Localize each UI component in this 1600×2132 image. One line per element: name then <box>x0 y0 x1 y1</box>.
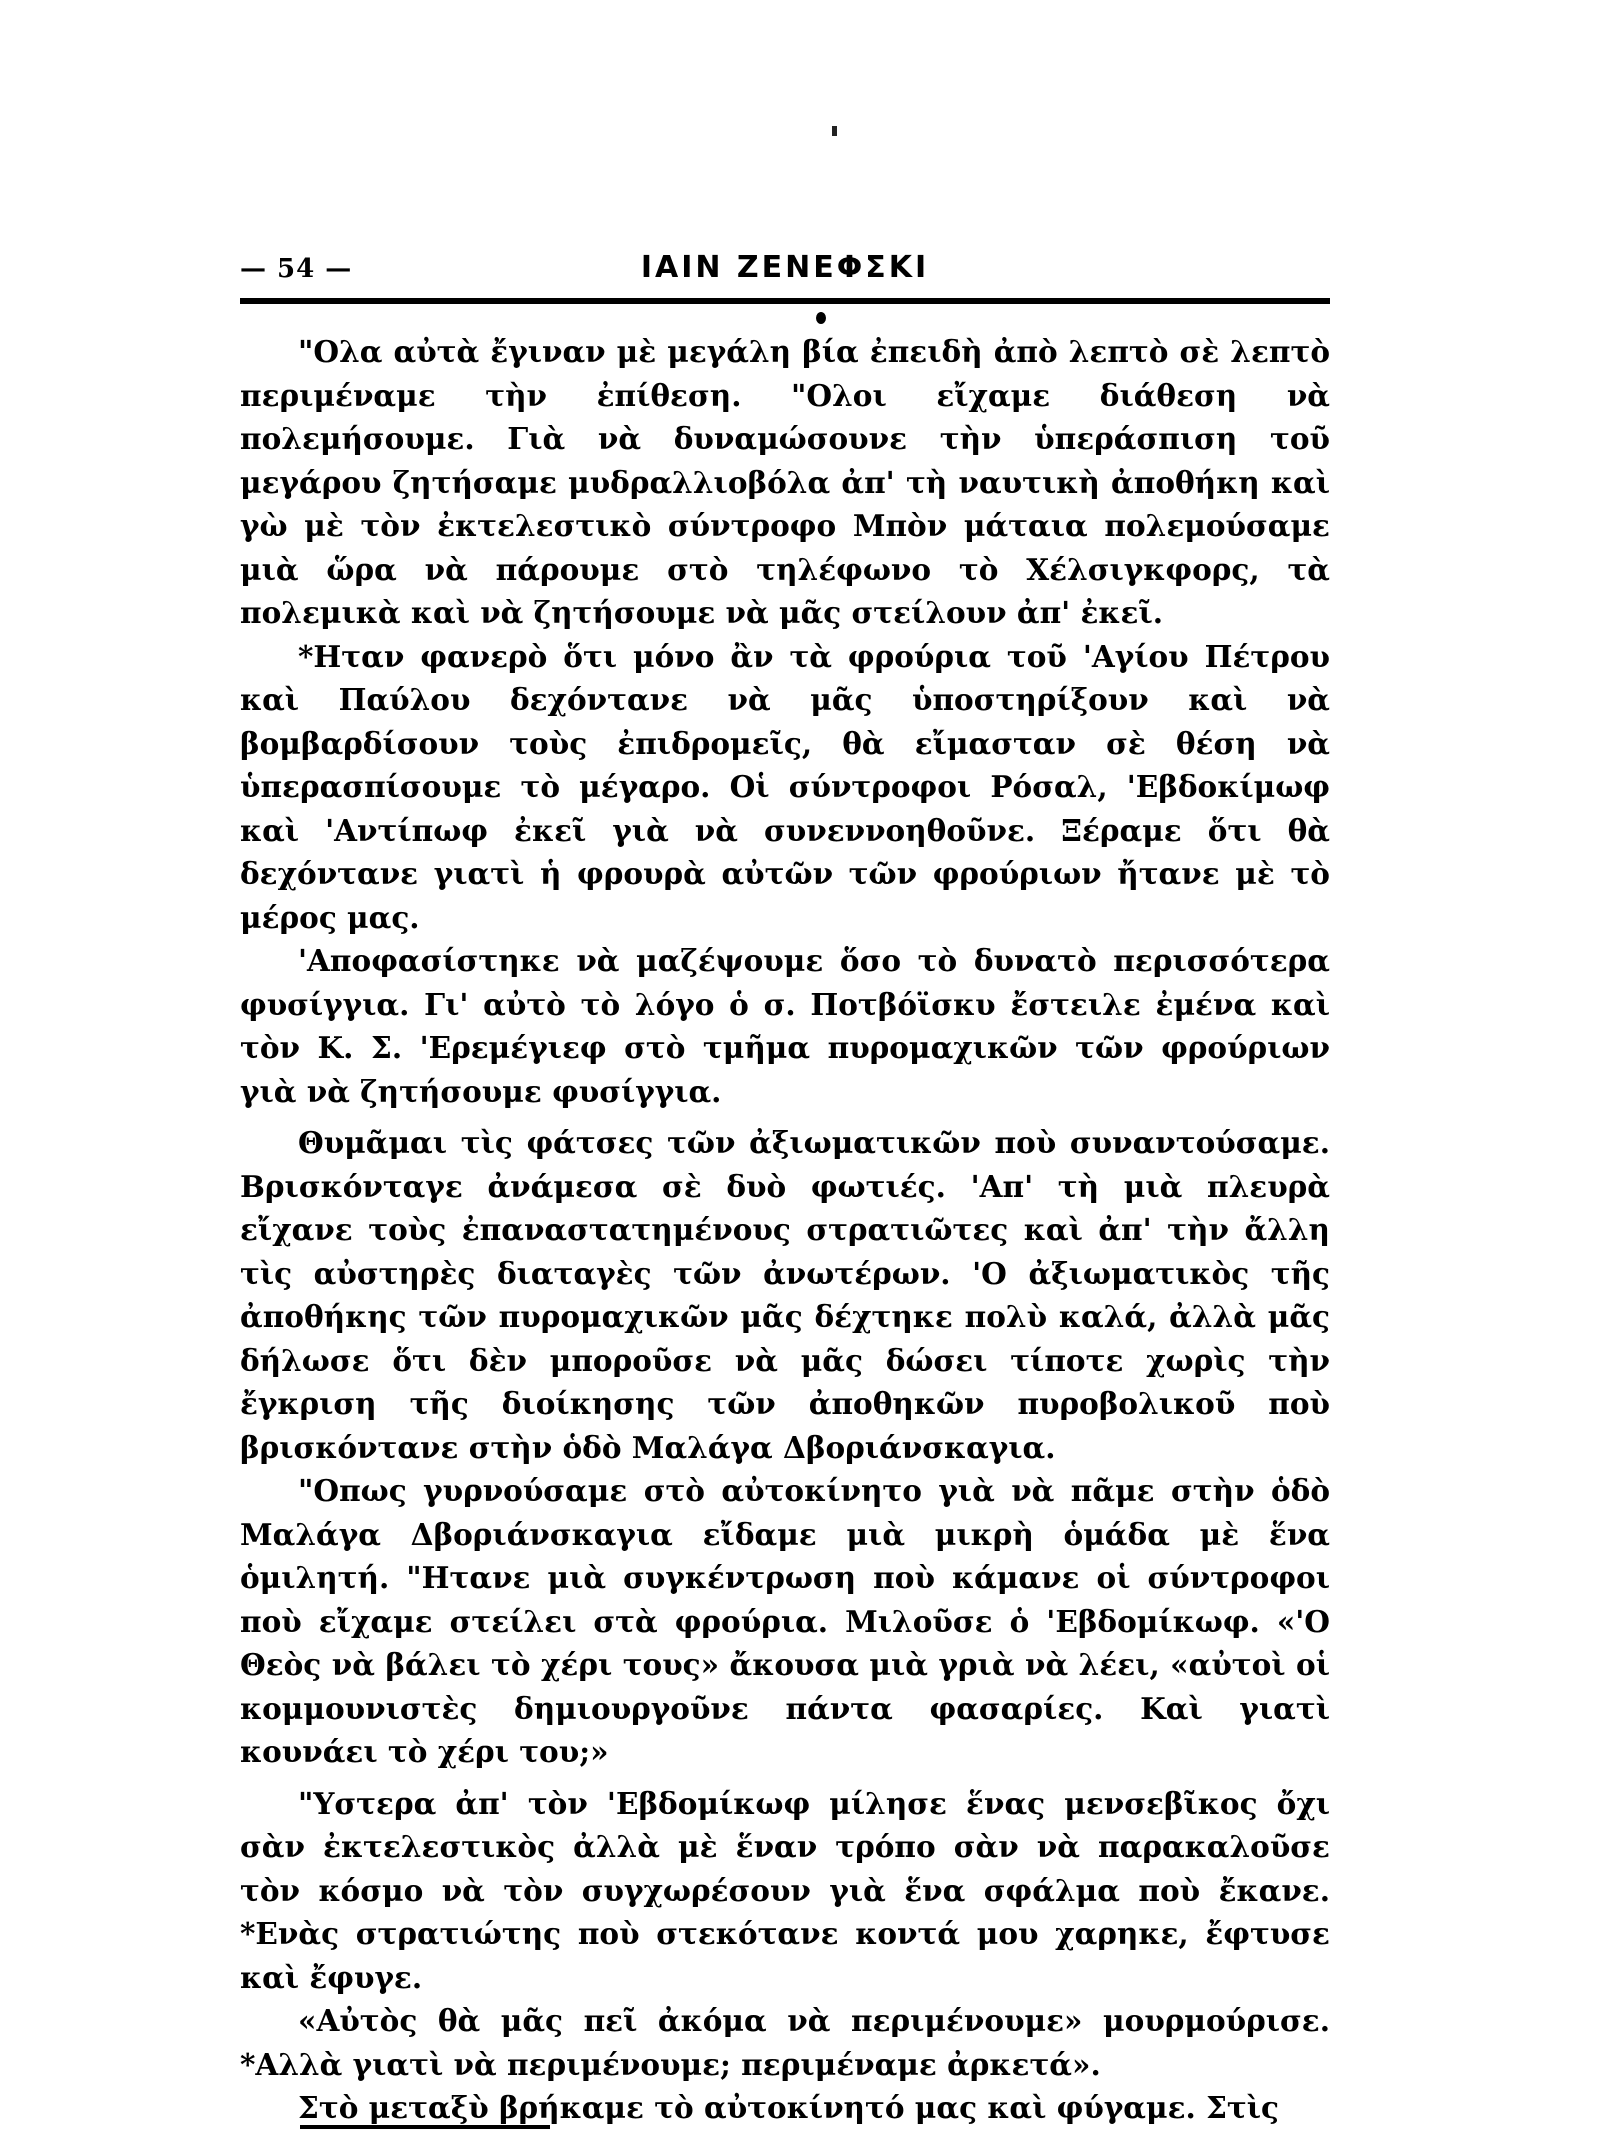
ornament-dot-icon <box>816 312 826 324</box>
scan-speck <box>832 126 837 136</box>
header-rule <box>240 298 1330 304</box>
paragraph: "Οπως γυρνούσαμε στὸ αὐτοκίνητο γιὰ νὰ π… <box>240 1469 1330 1774</box>
paragraph: "Υστερα ἀπ' τὸν 'Εβδομίκωφ μίλησε ἕνας μ… <box>240 1782 1330 2000</box>
page-header: — 54 — ΙΑΙΝ ΖΕΝΕΦΣΚΙ <box>240 250 1330 290</box>
paragraph: 'Αποφασίστηκε νὰ μαζέψουμε ὅσο τὸ δυνατὸ… <box>240 939 1330 1113</box>
paragraph: "Ολα αὐτὰ ἔγιναν μὲ μεγάλη βία ἐπειδὴ ἀπ… <box>240 330 1330 635</box>
paragraph: Στὸ μεταξὺ βρήκαμε τὸ αὐτοκίνητό μας καὶ… <box>240 2086 1330 2130</box>
body-text: "Ολα αὐτὰ ἔγιναν μὲ μεγάλη βία ἐπειδὴ ἀπ… <box>240 330 1330 2130</box>
scanned-book-page: — 54 — ΙΑΙΝ ΖΕΝΕΦΣΚΙ "Ολα αὐτὰ ἔγιναν μὲ… <box>0 0 1600 2132</box>
paragraph: *Ηταν φανερὸ ὅτι μόνο ἂν τὰ φρούρια τοῦ … <box>240 635 1330 940</box>
paragraph: «Αὐτὸς θὰ μᾶς πεῖ ἀκόμα νὰ περιμένουμε» … <box>240 1999 1330 2086</box>
footer-rule <box>300 2125 550 2129</box>
running-title: ΙΑΙΝ ΖΕΝΕΦΣΚΙ <box>240 250 1330 285</box>
paragraph: Θυμᾶμαι τὶς φάτσες τῶν ἀξιωματικῶν ποὺ σ… <box>240 1121 1330 1469</box>
